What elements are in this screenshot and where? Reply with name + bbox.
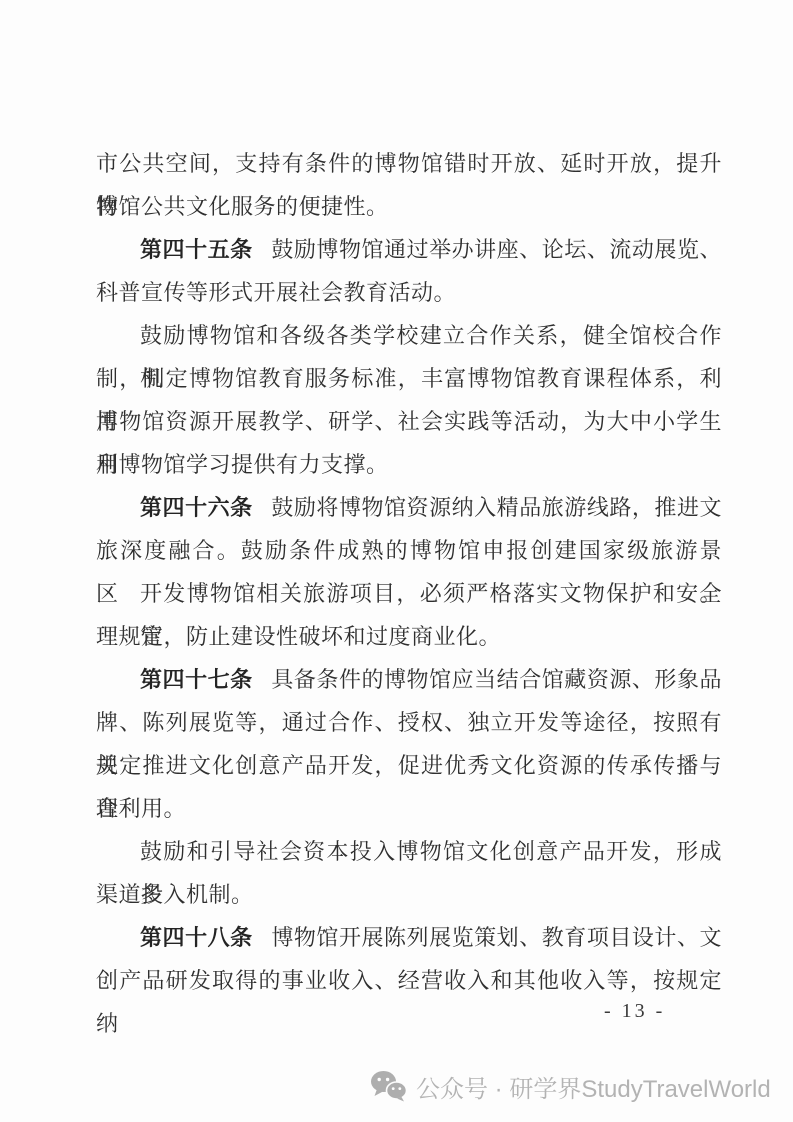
line-text: 博物馆开展陈列展览策划、教育项目设计、文 [271,925,722,950]
text-line: 理规定，防止建设性破坏和过度商业化。 [96,615,722,658]
text-line: 鼓励博物馆和各级各类学校建立合作关系，健全馆校合作机 [96,314,722,357]
line-text: 具备条件的博物馆应当结合馆藏资源、形象品 [271,667,722,692]
watermark-text: 公众号 · 研学界StudyTravelWorld [416,1069,771,1104]
line-text: 理规定，防止建设性破坏和过度商业化。 [96,624,501,649]
text-line: 第四十五条鼓励博物馆通过举办讲座、论坛、流动展览、 [96,228,722,271]
document-page: 市公共空间，支持有条件的博物馆错时开放、延时开放，提升博物馆公共文化服务的便捷性… [0,0,793,1122]
text-line: 第四十六条鼓励将博物馆资源纳入精品旅游线路，推进文 [96,486,722,529]
text-line: 渠道投入机制。 [96,873,722,916]
article-number: 第四十六条 [140,495,253,520]
article-number: 第四十五条 [140,237,253,262]
watermark-footer: 公众号 · 研学界StudyTravelWorld [370,1068,771,1104]
article-number: 第四十八条 [140,925,253,950]
text-line: 第四十七条具备条件的博物馆应当结合馆藏资源、形象品 [96,658,722,701]
text-line: 制，制定博物馆教育服务标准，丰富博物馆教育课程体系，利用 [96,357,722,400]
text-line: 用博物馆学习提供有力支撑。 [96,443,722,486]
text-line: 第四十八条博物馆开展陈列展览策划、教育项目设计、文 [96,916,722,959]
wechat-icon [370,1070,407,1102]
article-number: 第四十七条 [140,667,253,692]
text-line: 牌、陈列展览等，通过合作、授权、独立开发等途径，按照有关 [96,701,722,744]
text-line: 鼓励和引导社会资本投入博物馆文化创意产品开发，形成多 [96,830,722,873]
line-text: 鼓励博物馆通过举办讲座、论坛、流动展览、 [271,237,722,262]
text-line: 博物馆资源开展教学、研学、社会实践等活动，为大中小学生利 [96,400,722,443]
text-line: 物馆公共文化服务的便捷性。 [96,185,722,228]
line-text: 科普宣传等形式开展社会教育活动。 [96,280,456,305]
document-body: 市公共空间，支持有条件的博物馆错时开放、延时开放，提升博物馆公共文化服务的便捷性… [96,142,722,1002]
text-line: 创产品研发取得的事业收入、经营收入和其他收入等，按规定纳 [96,959,722,1002]
line-text: 渠道投入机制。 [96,882,254,907]
line-text: 用博物馆学习提供有力支撑。 [96,452,389,477]
text-line: 科普宣传等形式开展社会教育活动。 [96,271,722,314]
text-line: 理利用。 [96,787,722,830]
text-line: 开发博物馆相关旅游项目，必须严格落实文物保护和安全管 [96,572,722,615]
line-text: 物馆公共文化服务的便捷性。 [96,194,389,219]
text-line: 规定推进文化创意产品开发，促进优秀文化资源的传承传播与合 [96,744,722,787]
line-text: 鼓励将博物馆资源纳入精品旅游线路，推进文 [271,495,722,520]
page-number: - 13 - [604,1000,665,1023]
text-line: 旅深度融合。鼓励条件成熟的博物馆申报创建国家级旅游景区。 [96,529,722,572]
line-text: 理利用。 [96,796,186,821]
text-line: 市公共空间，支持有条件的博物馆错时开放、延时开放，提升博 [96,142,722,185]
